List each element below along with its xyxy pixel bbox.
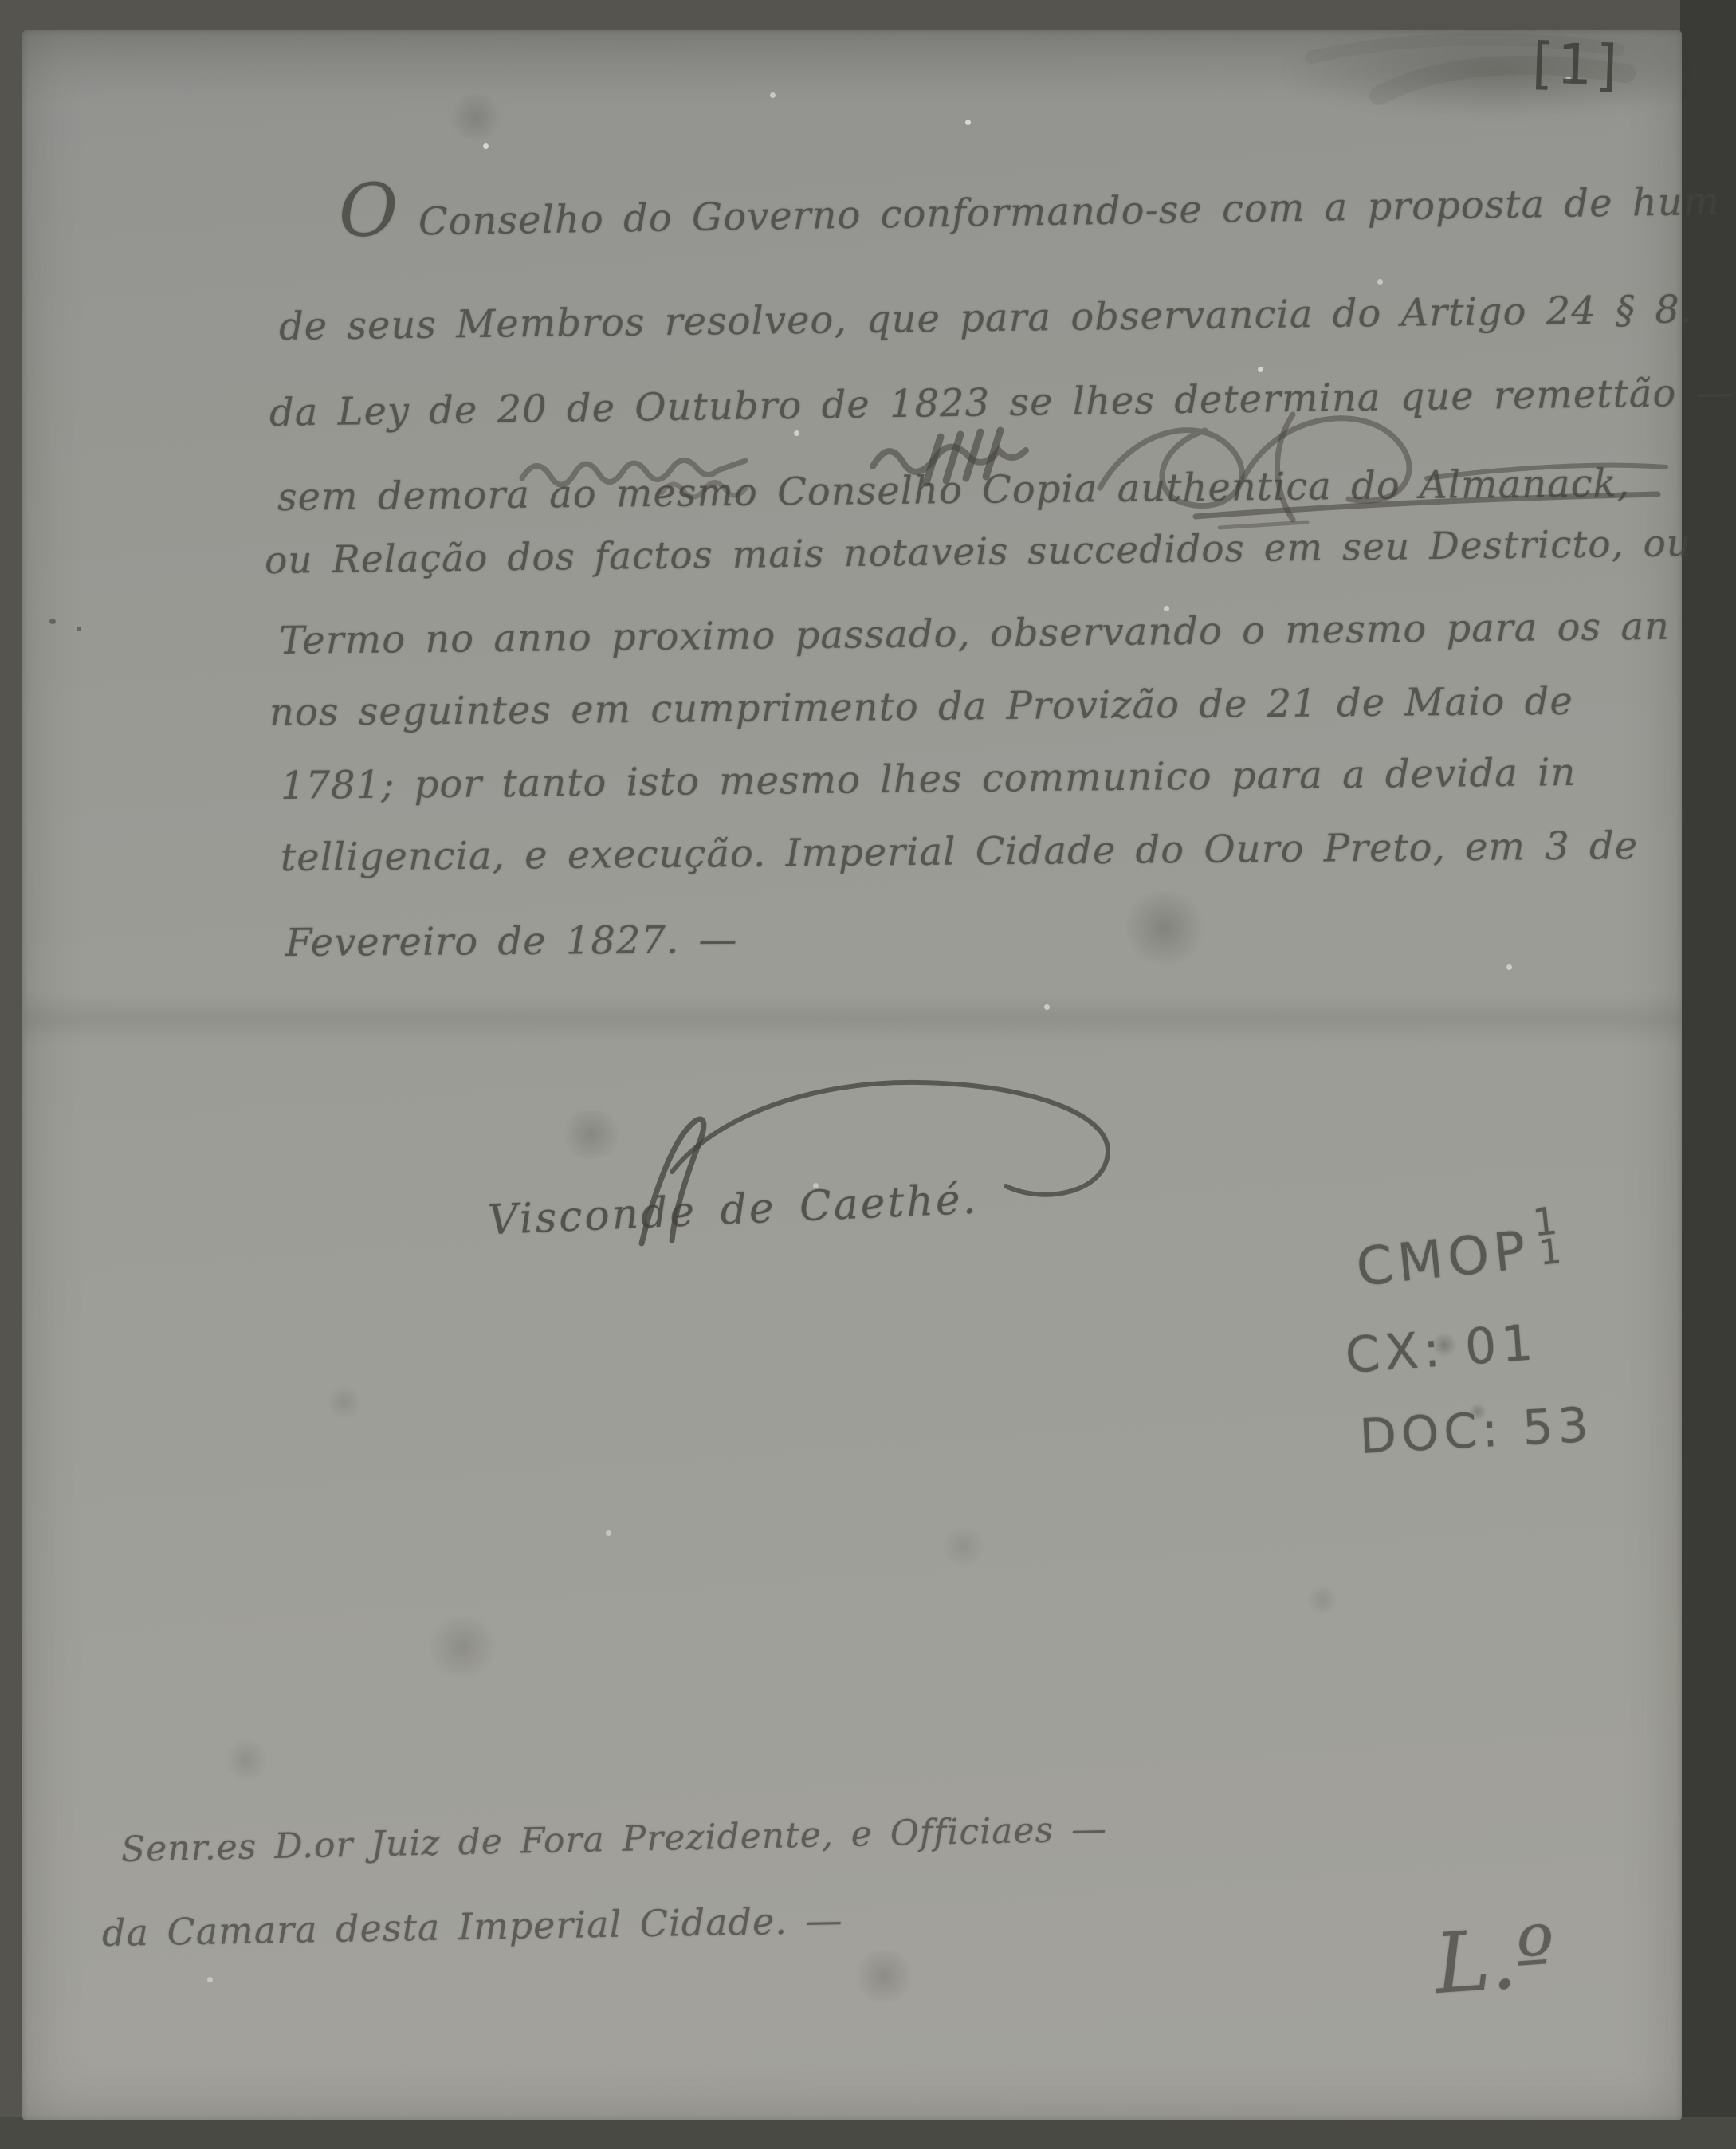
manuscript-line: Fevereiro de 1827. —: [285, 917, 738, 965]
scanned-document: [1] O Conselho do Governo conformando-se…: [0, 0, 1736, 2149]
ink-dot: [49, 619, 56, 624]
document-page: [22, 30, 1682, 2120]
book-reference-mark: L.º: [1432, 1907, 1558, 2013]
ink-dot: [77, 627, 81, 631]
archive-code-sub: 1: [1537, 1231, 1568, 1273]
page-number-annotation: [1]: [1531, 30, 1622, 99]
archive-code-fraction: 11: [1527, 1215, 1574, 1271]
scanner-border-bottom: [0, 2117, 1736, 2149]
paper-specks: [0, 0, 2, 2]
